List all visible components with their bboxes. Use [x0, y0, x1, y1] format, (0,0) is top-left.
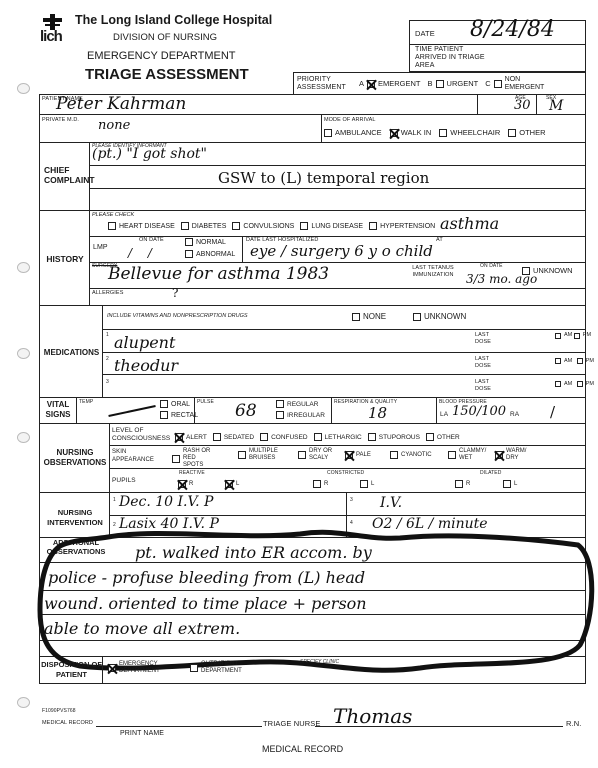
nurse-signature[interactable]: Thomas: [333, 704, 412, 728]
specify-clinic-label: SPECIFY CLINIC: [300, 659, 339, 665]
triage-nurse-label: TRIAGE NURSE: [263, 719, 320, 728]
bottom-medical-record-label: MEDICAL RECORD: [262, 744, 343, 754]
marker-circle-annotation: [0, 0, 598, 768]
checkbox[interactable]: [190, 664, 198, 672]
disposition-emergency[interactable]: EMERGENCY DEPARTMENT: [108, 661, 169, 675]
form-code: F1090PVS768: [42, 708, 76, 714]
medical-record-label: MEDICAL RECORD: [42, 720, 93, 726]
rn-label: R.N.: [566, 719, 581, 728]
disposition-label: DISPOSITION OF PATIENT: [41, 660, 102, 680]
disposition-outpatient[interactable]: OUTPATIENT DEPARTMENT: [190, 661, 251, 675]
checkbox-checked[interactable]: [108, 664, 116, 672]
print-name-label: PRINT NAME: [120, 730, 164, 737]
